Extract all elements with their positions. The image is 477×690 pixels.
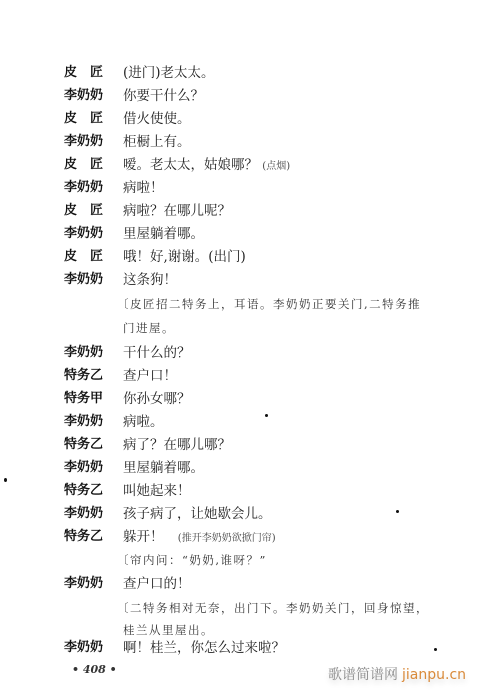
- speaker-name: 李奶奶: [64, 132, 124, 152]
- speaker-name: 李奶奶: [64, 86, 124, 106]
- document-page: 皮匠 (进门)老太太。 李奶奶 你要干什么？ 皮匠 借火使使。 李奶奶 柜橱上有…: [0, 0, 477, 690]
- dialogue-text: 病啦？在哪儿呢？: [123, 201, 231, 221]
- speaker-name: 特务乙: [64, 366, 124, 386]
- speaker-name: 李奶奶: [64, 412, 124, 432]
- speaker-name: 皮匠: [64, 63, 124, 83]
- dialogue-text: 柜橱上有。: [123, 132, 191, 152]
- speaker-name: 李奶奶: [64, 270, 124, 290]
- dialogue-text-main: 嗳。老太太，姑娘哪？: [123, 157, 258, 173]
- page-number: • 408 •: [72, 663, 117, 676]
- dialogue-text: 你要干什么？: [123, 86, 204, 106]
- dialogue-text: 哦！好,谢谢。(出门): [123, 247, 246, 267]
- stage-aside: (推开李奶奶欲掀门帘): [178, 533, 276, 544]
- dialogue-text: 病了？在哪儿哪？: [123, 435, 231, 455]
- speaker-name: 皮匠: [64, 155, 124, 175]
- stage-direction-text: 门进屋。: [123, 318, 175, 338]
- dialogue-text: 孩子病了，让她歇会儿。: [123, 504, 272, 524]
- speaker-name: 李奶奶: [64, 224, 124, 244]
- speaker-name: 李奶奶: [64, 504, 124, 524]
- dialogue-text: (进门)老太太。: [123, 63, 215, 83]
- dialogue-text: 干什么的？: [123, 343, 191, 363]
- dialogue-text-main: 躲开！: [123, 529, 164, 545]
- speaker-name: 李奶奶: [64, 178, 124, 198]
- dialogue-text: 里屋躺着哪。: [123, 224, 204, 244]
- stage-direction-text: 〔皮匠招二特务上，耳语。李奶奶正要关门,二特务推: [117, 294, 421, 314]
- speaker-name: 李奶奶: [64, 638, 124, 658]
- dialogue-text: 病啦！: [123, 178, 164, 198]
- stage-aside: (点烟): [262, 161, 290, 172]
- speaker-name: 特务乙: [64, 435, 124, 455]
- watermark: 歌谱简谱网jianpu.cn: [328, 664, 466, 684]
- dialogue-text: 嗳。老太太，姑娘哪？ (点烟): [123, 155, 290, 177]
- watermark-url: jianpu.cn: [402, 667, 466, 683]
- scan-speck: [4, 478, 7, 482]
- speaker-name: 皮匠: [64, 201, 124, 221]
- speaker-name: 特务甲: [64, 389, 124, 409]
- scan-speck: [265, 414, 268, 417]
- watermark-site-name: 歌谱简谱网: [328, 667, 398, 683]
- dialogue-text: 里屋躺着哪。: [123, 458, 204, 478]
- dialogue-text: 借火使使。: [123, 109, 191, 129]
- stage-direction-text: 桂兰从里屋出。: [123, 620, 214, 640]
- scan-speck: [434, 648, 437, 651]
- dialogue-text: 这条狗！: [123, 270, 177, 290]
- dialogue-text: 啊！桂兰，你怎么过来啦？: [123, 638, 285, 658]
- stage-direction-text: 〔二特务相对无奈，出门下。李奶奶关门，回身惊望，: [117, 598, 429, 618]
- dialogue-text: 躲开！ (推开李奶奶欲掀门帘): [123, 527, 276, 549]
- speaker-name: 李奶奶: [64, 574, 124, 594]
- dialogue-text: 叫她起来！: [123, 481, 191, 501]
- dialogue-text: 查户口！: [123, 366, 177, 386]
- speaker-name: 李奶奶: [64, 343, 124, 363]
- speaker-name: 李奶奶: [64, 458, 124, 478]
- dialogue-text: 病啦。: [123, 412, 164, 432]
- speaker-name: 特务乙: [64, 527, 124, 547]
- speaker-name: 皮匠: [64, 247, 124, 267]
- speaker-name: 特务乙: [64, 481, 124, 501]
- dialogue-text: 你孙女哪？: [123, 389, 191, 409]
- speaker-name: 皮匠: [64, 109, 124, 129]
- scan-speck: [396, 510, 399, 513]
- stage-direction-text: 〔帘内问：“奶奶,谁呀？”: [117, 550, 267, 570]
- dialogue-text: 查户口的！: [123, 574, 191, 594]
